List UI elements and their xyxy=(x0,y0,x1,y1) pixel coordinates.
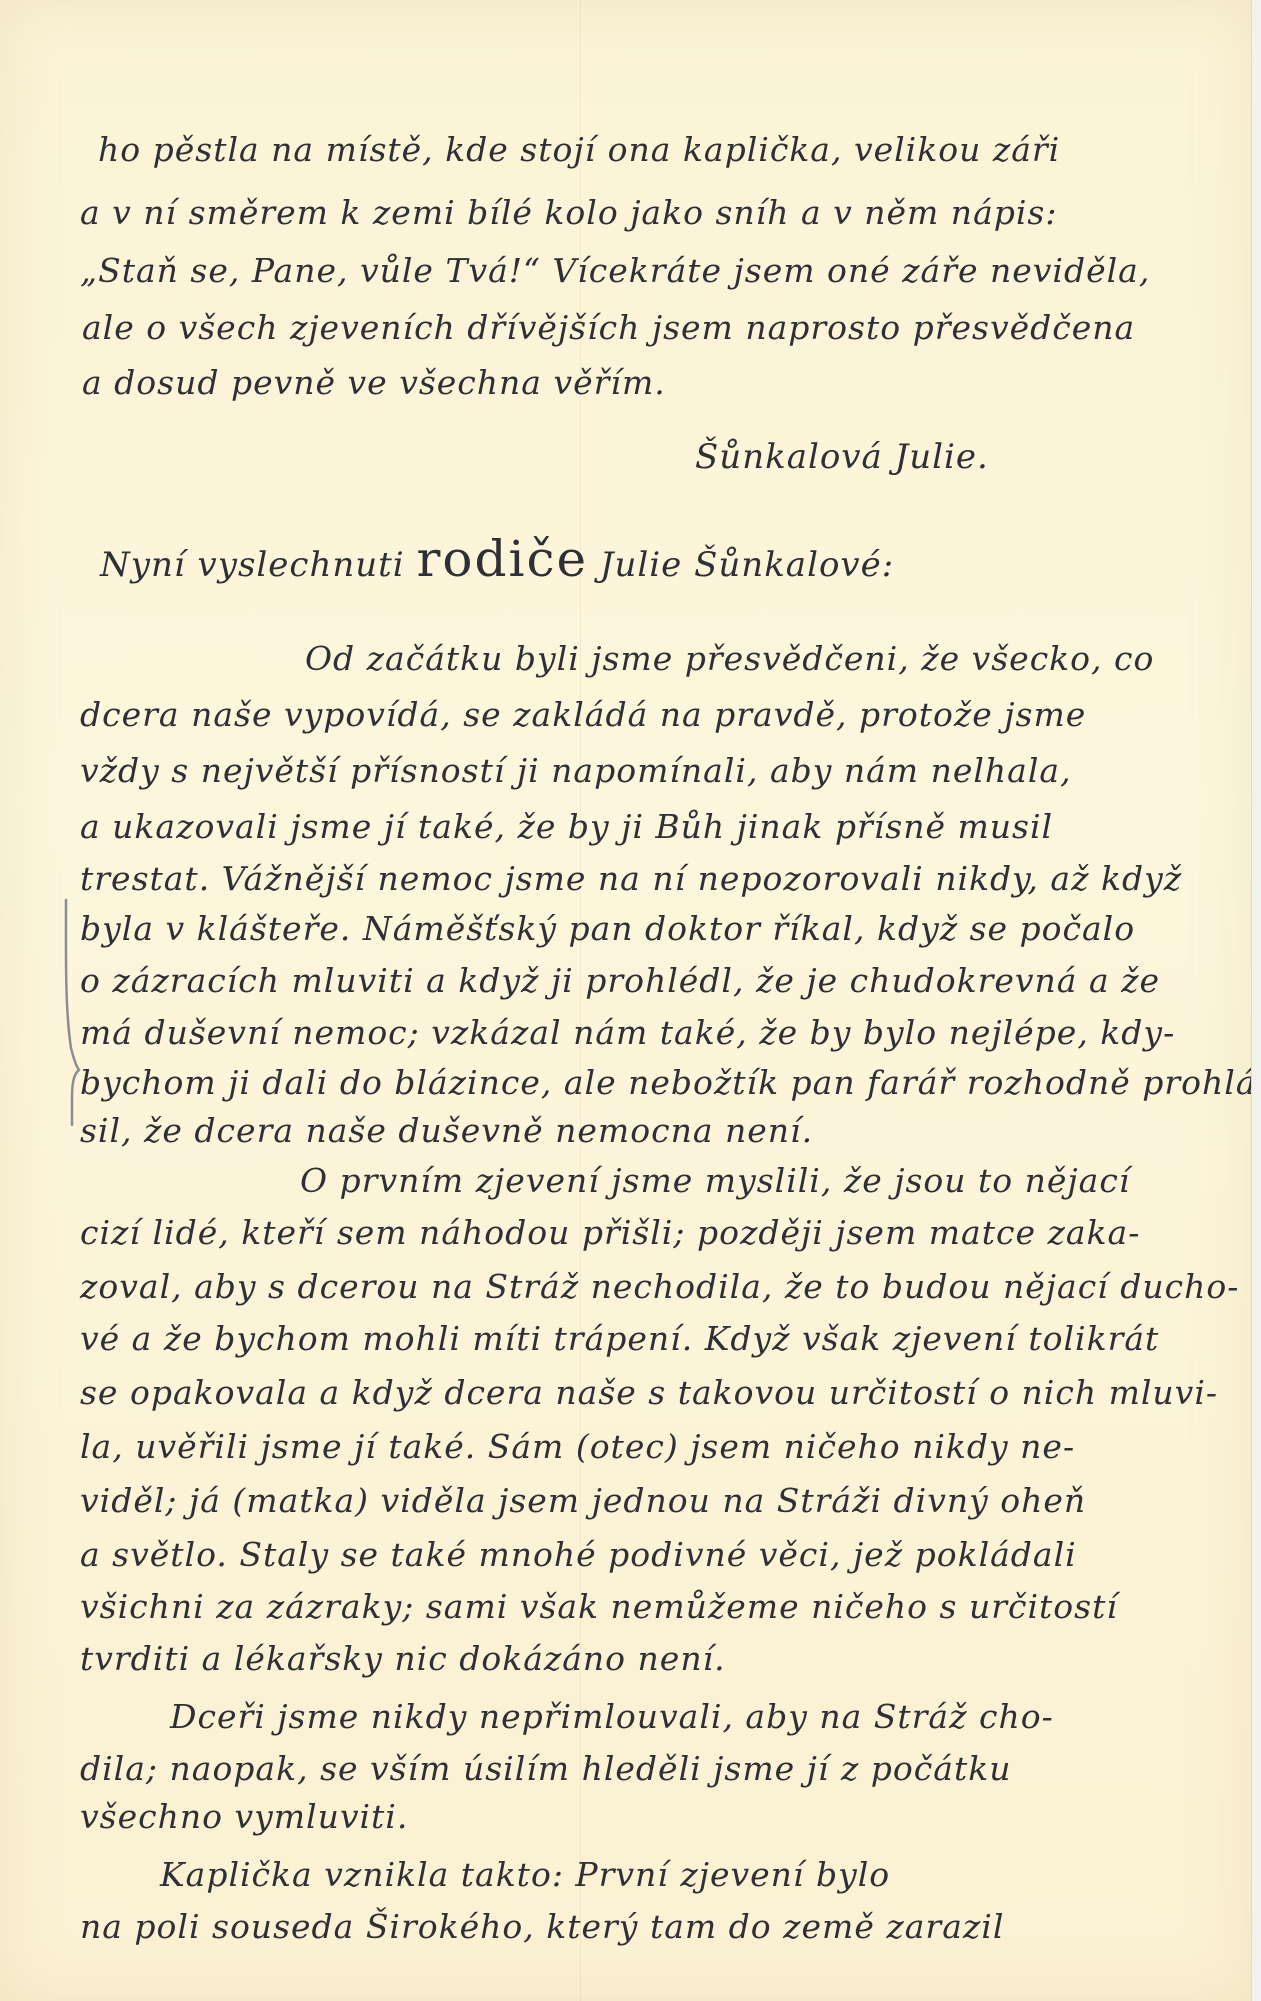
text-line: tvrditi a lékařsky nic dokázáno není. xyxy=(80,1642,726,1675)
text-line: Dceři jsme nikdy nepřimlouvali, aby na S… xyxy=(170,1700,1054,1733)
text-line: bychom ji dali do blázince, ale nebožtík… xyxy=(80,1066,1261,1099)
text-line: O prvním zjevení jsme myslili, že jsou t… xyxy=(300,1164,1130,1197)
text-line: viděl; já (matka) viděla jsem jednou na … xyxy=(80,1484,1086,1517)
text-line: a světlo. Staly se také mnohé podivné vě… xyxy=(80,1538,1077,1571)
text-line: na poli souseda Širokého, který tam do z… xyxy=(80,1910,1004,1943)
text-line: trestat. Vážnější nemoc jsme na ní nepoz… xyxy=(80,862,1182,895)
text-line: o zázracích mluviti a když ji prohlédl, … xyxy=(80,964,1160,997)
text-line: vé a že bychom mohli míti trápení. Když … xyxy=(80,1322,1159,1355)
text-line: cizí lidé, kteří sem náhodou přišli; poz… xyxy=(80,1216,1140,1249)
text-line: la, uvěřili jsme jí také. Sám (otec) jse… xyxy=(80,1430,1075,1463)
heading-prefix: Nyní vyslechnuti xyxy=(100,545,405,585)
text-line: má duševní nemoc; vzkázal nám také, že b… xyxy=(80,1016,1175,1049)
pencil-margin-bracket-icon xyxy=(56,898,86,1126)
text-line: dcera naše vypovídá, se zakládá na pravd… xyxy=(80,698,1086,731)
text-line: byla v klášteře. Náměšťský pan doktor ří… xyxy=(80,912,1135,945)
text-line: dila; naopak, se vším úsilím hleděli jsm… xyxy=(80,1752,1011,1785)
text-line: a dosud pevně ve všechna věřím. xyxy=(82,366,666,399)
text-line: všichni za zázraky; sami však nemůžeme n… xyxy=(80,1590,1118,1623)
text-line: sil, že dcera naše duševně nemocna není. xyxy=(80,1114,813,1147)
section-heading: Nyní vyslechnuti rodiče Julie Šůnkalové: xyxy=(100,534,894,584)
text-line: a v ní směrem k zemi bílé kolo jako sníh… xyxy=(80,196,1057,229)
text-line: vždy s největší přísností ji napomínali,… xyxy=(80,754,1072,787)
text-line: a ukazovali jsme jí také, že by ji Bůh j… xyxy=(80,810,1053,843)
scan-edge xyxy=(1251,0,1261,2001)
signature: Šůnkalová Julie. xyxy=(695,440,989,474)
text-line: zoval, aby s dcerou na Stráž nechodila, … xyxy=(80,1270,1239,1303)
manuscript-page: ho pěstla na místě, kde stojí ona kaplič… xyxy=(0,0,1252,2001)
text-line: se opakovala a když dcera naše s takovou… xyxy=(80,1376,1218,1409)
text-line: Kaplička vznikla takto: První zjevení by… xyxy=(160,1858,890,1891)
text-line: Od začátku byli jsme přesvědčeni, že vše… xyxy=(305,642,1154,675)
heading-emphasis: rodiče xyxy=(416,530,588,588)
heading-suffix: Julie Šůnkalové: xyxy=(600,545,894,585)
text-line: „Staň se, Pane, vůle Tvá!“ Vícekráte jse… xyxy=(80,254,1150,287)
text-line: ho pěstla na místě, kde stojí ona kaplič… xyxy=(98,133,1060,166)
text-line: ale o všech zjeveních dřívějších jsem na… xyxy=(82,311,1135,344)
text-line: všechno vymluviti. xyxy=(80,1800,408,1833)
